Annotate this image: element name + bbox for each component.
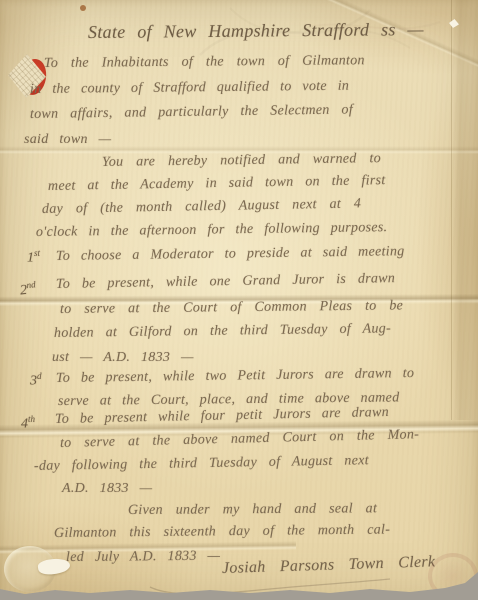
doc-line: said town —: [24, 132, 111, 148]
ink-spot-stain: [80, 5, 86, 11]
doc-line: day of (the month called) August next at…: [42, 196, 361, 218]
doc-line: To choose a Moderator to preside at said…: [56, 244, 405, 265]
doc-line: To the Inhabitants of the town of Gilman…: [44, 53, 365, 72]
doc-line: -day following the third Tuesday of Augu…: [34, 453, 369, 475]
marker-number: 1: [27, 251, 34, 266]
doc-title-line: State of New Hampshire Strafford ss —: [88, 19, 424, 43]
marker-number: 4: [21, 417, 28, 432]
scanned-document: State of New Hampshire Strafford ss — To…: [0, 0, 478, 600]
doc-line: meet at the Academy in said town on the …: [48, 173, 386, 195]
doc-line: Given under my hand and seal at: [128, 501, 377, 519]
doc-line: holden at Gilford on the third Tuesday o…: [54, 321, 391, 342]
marker-suffix: th: [28, 414, 35, 424]
doc-line: A.D. 1833 —: [62, 481, 152, 497]
doc-line: To be present, while two Petit Jurors ar…: [56, 366, 414, 387]
item-marker-2: 2nd: [19, 279, 37, 299]
doc-line: town affairs, and particularly the Selec…: [30, 102, 353, 123]
doc-line: to serve at the above named Court on the…: [60, 427, 420, 452]
marker-suffix: d: [37, 371, 42, 381]
marker-suffix: nd: [26, 279, 36, 290]
item-marker-3: 3d: [30, 371, 42, 390]
marker-number: 3: [30, 374, 37, 389]
item-marker-1: 1st: [27, 248, 40, 267]
doc-line: in the county of Strafford qualified to …: [30, 79, 349, 98]
item-marker-4: 4th: [21, 414, 35, 433]
doc-line: o'clock in the afternoon for the followi…: [36, 220, 388, 241]
paper-edge-shadow: [451, 0, 478, 420]
marker-suffix: st: [34, 248, 40, 258]
signature-flourish: [140, 575, 400, 597]
doc-line: To be present, while one Grand Juror is …: [56, 271, 395, 293]
faded-stamp-mark: [428, 553, 478, 599]
paper-sheet: State of New Hampshire Strafford ss — To…: [0, 0, 478, 600]
doc-line: led July A.D. 1833 —: [66, 549, 220, 566]
doc-line: to serve at the Court of Common Pleas to…: [60, 298, 403, 318]
doc-line: You are hereby notified and warned to: [102, 151, 381, 171]
doc-line: Gilmanton this sixteenth day of the mont…: [54, 522, 390, 542]
doc-line: ust — A.D. 1833 —: [52, 350, 194, 366]
signature-line: Josiah Parsons Town Clerk: [222, 553, 436, 578]
